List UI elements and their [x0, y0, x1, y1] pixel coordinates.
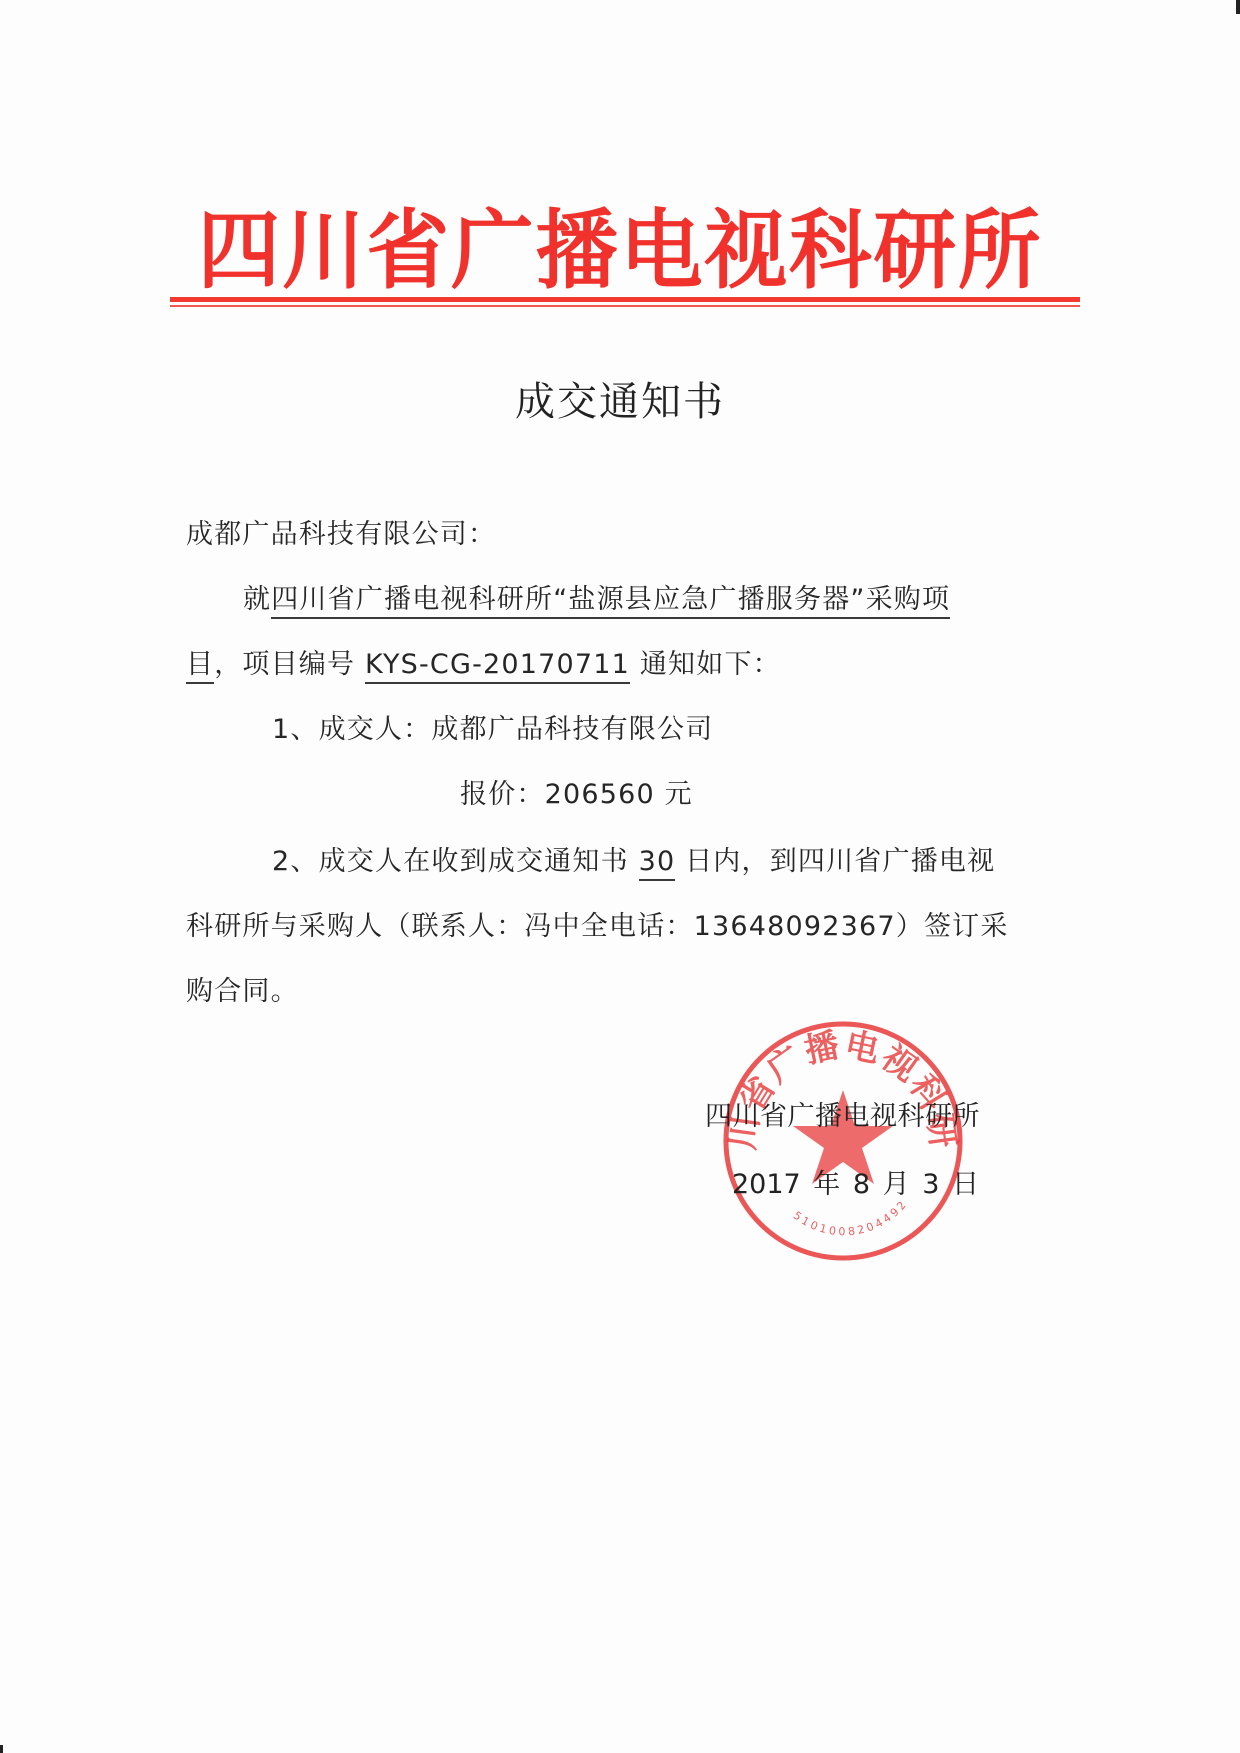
paragraph-1-line-2: 目，项目编号 KYS-CG-20170711 通知如下：	[186, 645, 781, 685]
price-unit: 元	[655, 779, 693, 810]
official-seal-icon: 四川省广播电视科研所 5101008204492	[720, 1018, 966, 1264]
scan-edge	[0, 1745, 3, 1753]
signature-org: 四川省广播电视科研所	[705, 1097, 980, 1137]
item-1-price: 报价：206560 元	[460, 775, 693, 815]
signature-date: 2017 年 8 月 3 日	[732, 1165, 979, 1205]
salutation: 成都广品科技有限公司：	[186, 515, 496, 555]
para1-middle: ，项目编号	[214, 649, 365, 680]
project-code: KYS-CG-20170711	[365, 649, 630, 684]
scan-edge	[1236, 0, 1240, 14]
deadline-days: 30	[639, 846, 676, 881]
letterhead-org-name: 四川省广播电视科研所	[25, 196, 1215, 306]
project-name-cont: 目	[186, 649, 214, 684]
price-value: 206560	[545, 779, 655, 810]
letterhead-divider-thick	[170, 297, 1080, 302]
item2-suffix: 日内，到四川省广播电视	[675, 846, 995, 877]
document-title: 成交通知书	[0, 372, 1240, 432]
para1-prefix: 就	[243, 584, 271, 615]
project-name: 四川省广播电视科研所“盐源县应急广播服务器”采购项	[271, 584, 950, 619]
para1-suffix: 通知如下：	[630, 649, 781, 680]
paragraph-1-line-1: 就四川省广播电视科研所“盐源县应急广播服务器”采购项	[243, 580, 950, 620]
item2-prefix: 2、成交人在收到成交通知书	[272, 846, 639, 877]
item-2-line-1: 2、成交人在收到成交通知书 30 日内，到四川省广播电视	[272, 842, 995, 882]
price-label: 报价：	[460, 779, 545, 810]
item-1-winner: 1、成交人：成都广品科技有限公司	[272, 710, 713, 750]
letterhead-divider-thin	[170, 305, 1080, 307]
item-2-line-2: 科研所与采购人（联系人：冯中全电话：13648092367）签订采	[186, 907, 1009, 947]
item-2-line-3: 购合同。	[186, 972, 299, 1012]
